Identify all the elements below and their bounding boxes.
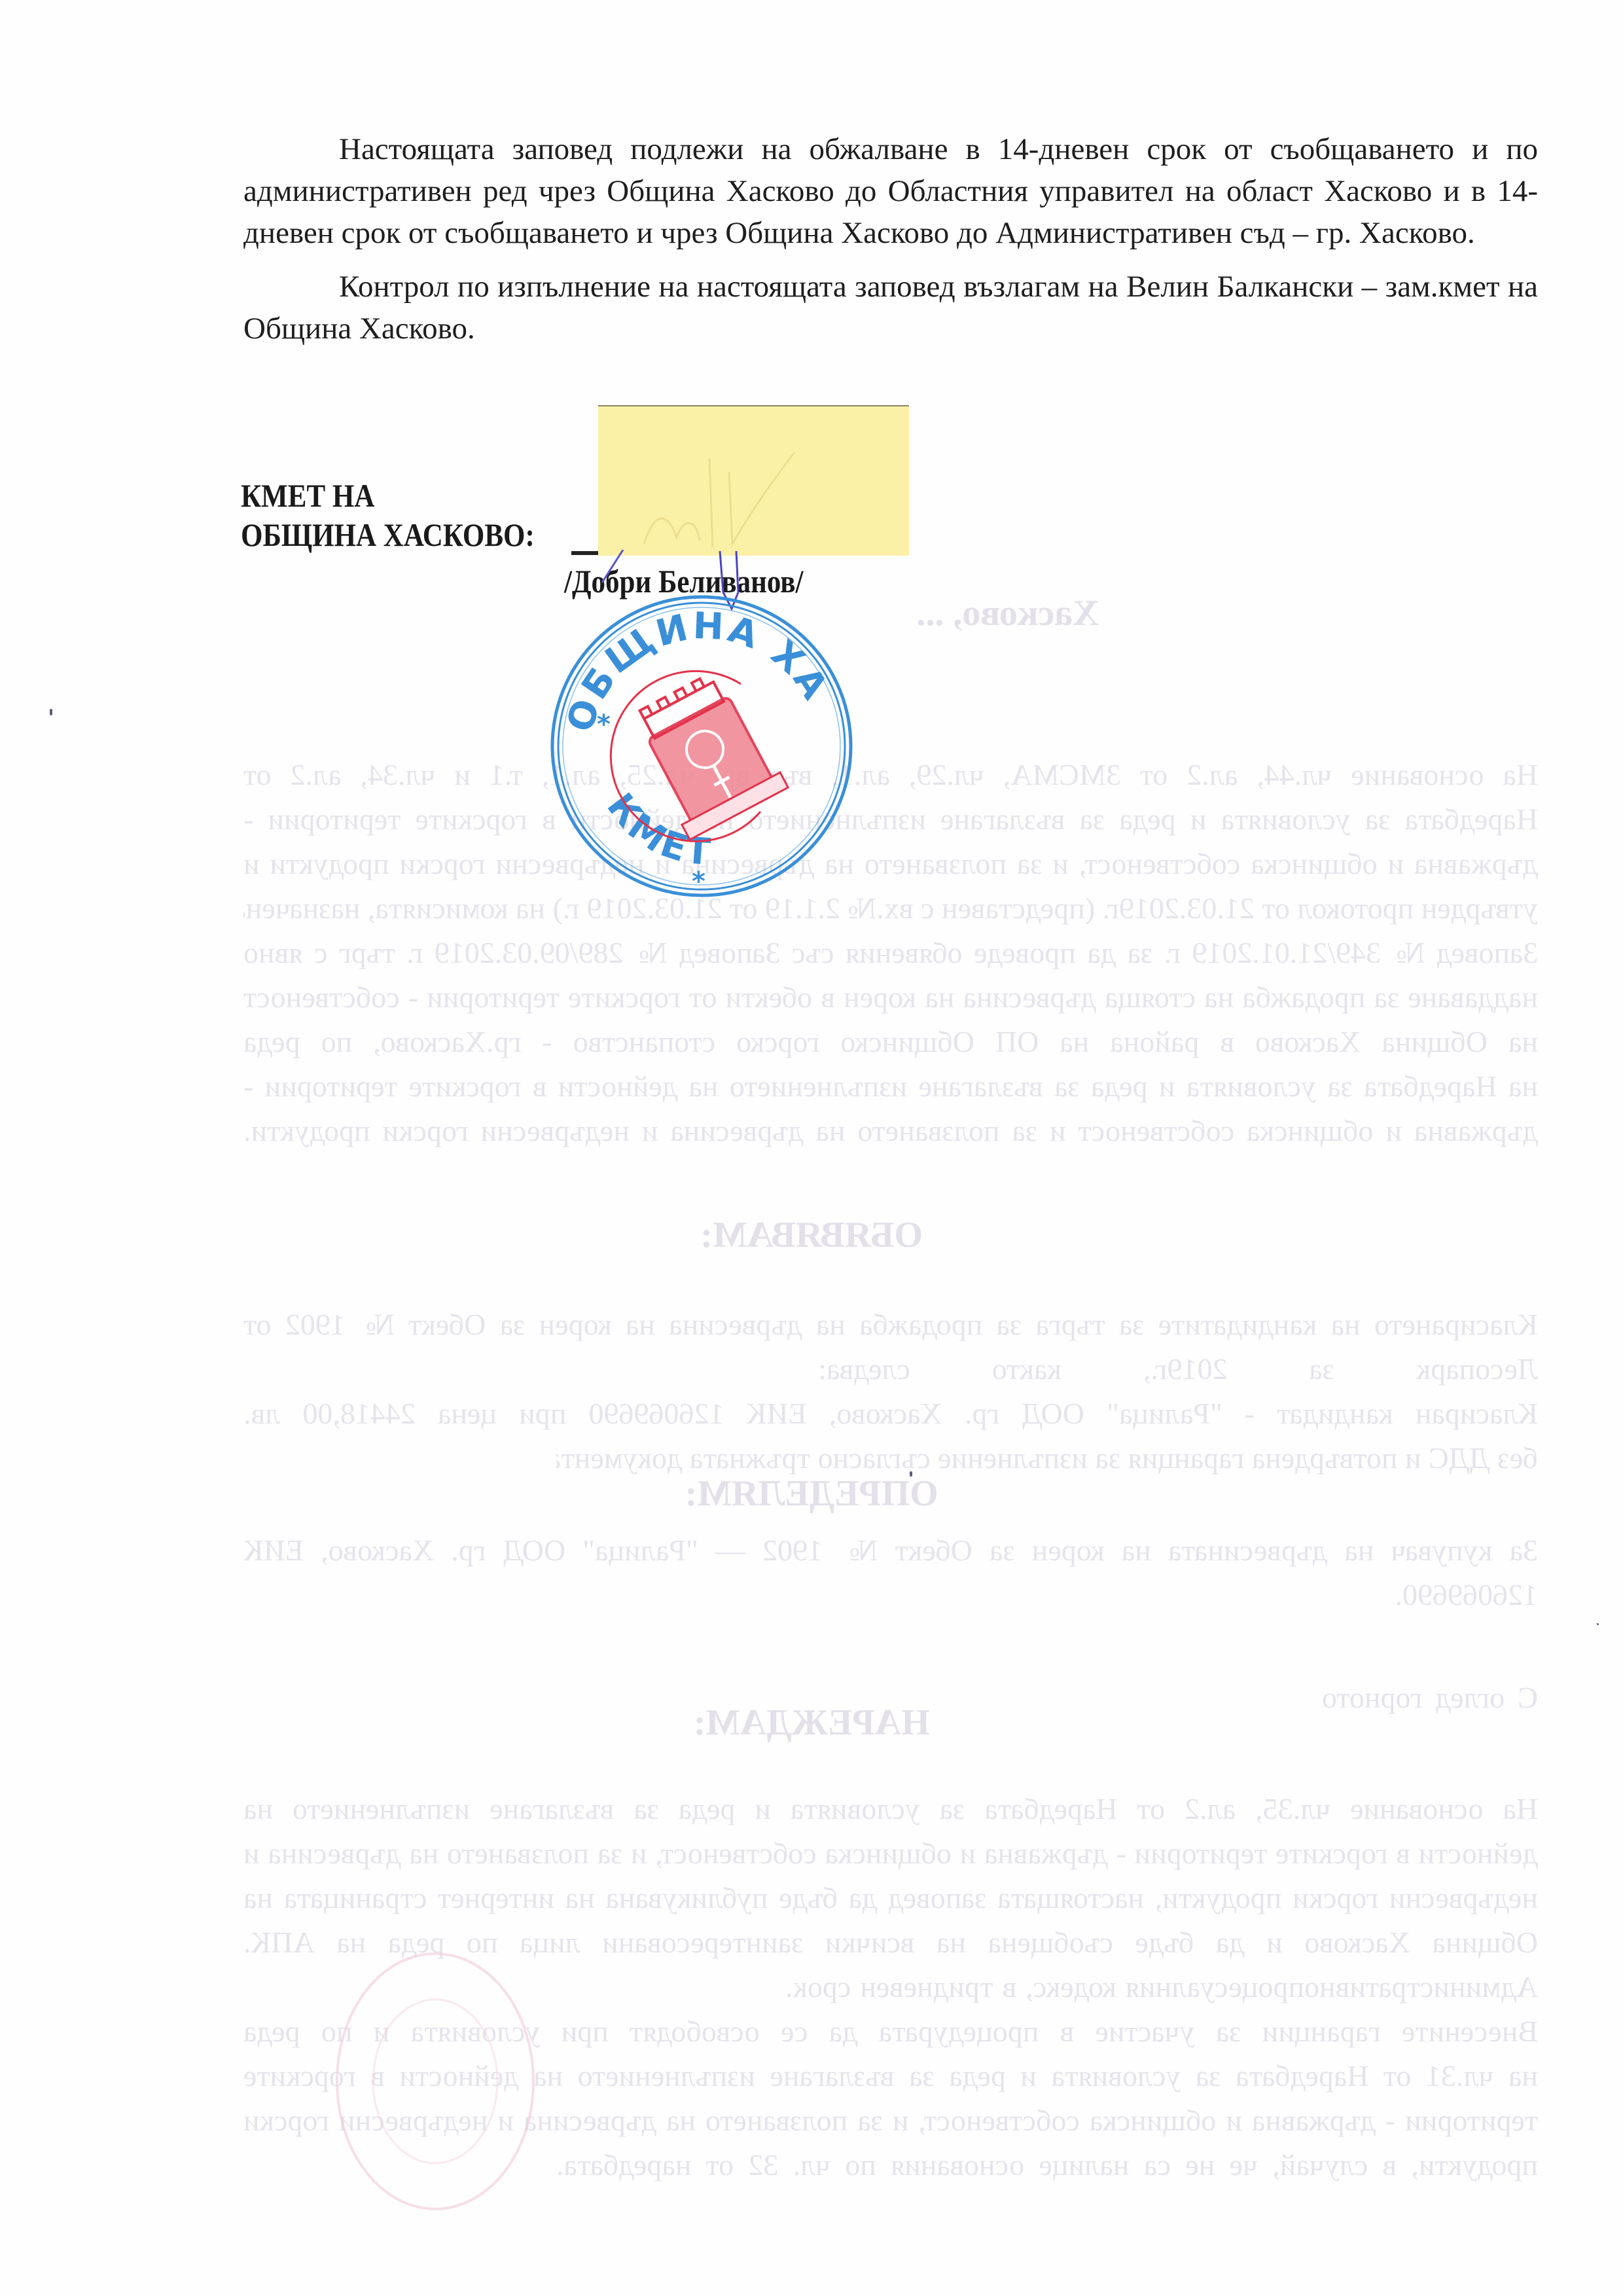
scan-speck <box>1597 1623 1599 1625</box>
signatory-title-line2: ОБЩИНА ХАСКОВО: <box>241 515 535 554</box>
bleed-through-text: продукти, в случай, че не са налице осно… <box>556 2143 1538 2187</box>
control-paragraph-text: Контрол по изпълнение на настоящата запо… <box>243 270 1538 346</box>
signatory-title: КМЕТ НА ОБЩИНА ХАСКОВО: <box>241 476 535 554</box>
bleed-through-heading-fragment: Хасково, ... <box>196 592 1623 634</box>
bleed-through-text: наддаване за продажба на стояща дървесин… <box>243 975 1538 1020</box>
bleed-through-text: 126069690. <box>1394 1573 1538 1617</box>
signature-redaction <box>598 405 909 556</box>
bleed-through-text: държавна и общинска собственост и за пол… <box>243 1109 1538 1153</box>
stamp-star-icon: * <box>597 709 611 740</box>
bleed-through-text: На основание чл.35, ал.2 от Наредбата за… <box>243 1787 1538 1831</box>
bleed-through-stamp <box>327 1944 543 2219</box>
bleed-through-text: Класиран кандидат - "Ралица" ООД гр. Хас… <box>243 1391 1538 1436</box>
faint-signature-icon <box>598 406 909 556</box>
official-stamp: ОБЩИНА ХАСКОВО КМЕТ * * <box>544 589 859 903</box>
bleed-through-text: недървесни горски продукти, настоящата з… <box>243 1876 1538 1920</box>
bleed-through-heading: ОПРЕДЕЛЯМ: <box>0 1473 1623 1515</box>
bleed-through-text: дейности в горските територии - държавна… <box>243 1831 1538 1876</box>
bleed-through-text: на Наредбата за условията и реда за възл… <box>243 1064 1538 1109</box>
control-paragraph: Контрол по изпълнение на настоящата запо… <box>243 266 1538 350</box>
bleed-through-text: утвърден протокол от 21.03.2019г. (предс… <box>243 886 1538 931</box>
bleed-through-text: На основание чл.44, ал.2 от ЗМСМА, чл.29… <box>243 753 1538 797</box>
bleed-through-heading: ОБЯВЯВАМ: <box>0 1214 1623 1256</box>
bleed-through-text: Лесопарк за 2019г., както следва: <box>818 1347 1538 1391</box>
bleed-through-heading: НАРЕЖДАМ: <box>0 1702 1623 1744</box>
signatory-title-line1: КМЕТ НА <box>241 476 535 515</box>
bleed-through-text: на Община Хасково в района на ОП Общинск… <box>243 1020 1538 1064</box>
bleed-through-text: Заповед № 349/21.01.2019 г. за да провед… <box>243 931 1538 975</box>
bleed-through-text: Наредбата за условията и реда за възлага… <box>243 797 1538 842</box>
appeal-paragraph-text: Настоящата заповед подлежи на обжалване … <box>243 132 1538 250</box>
scan-speck <box>50 709 52 715</box>
bleed-through-text: държавна и общинска собственост, и за по… <box>243 842 1538 886</box>
bleed-through-text: Административнопроцесуалния кодекс, в тр… <box>785 1965 1538 2009</box>
bleed-through-text: Класирането на кандидатите за търга за п… <box>243 1302 1538 1347</box>
bleed-through-text: За купувач на дървесината на корен за Об… <box>243 1528 1538 1573</box>
appeal-paragraph: Настоящата заповед подлежи на обжалване … <box>243 128 1538 254</box>
scan-speck <box>910 1471 912 1477</box>
stamp-star-icon: * <box>692 867 705 897</box>
document-page: Хасково, ... На основание чл.44, ал.2 от… <box>0 0 1623 2296</box>
